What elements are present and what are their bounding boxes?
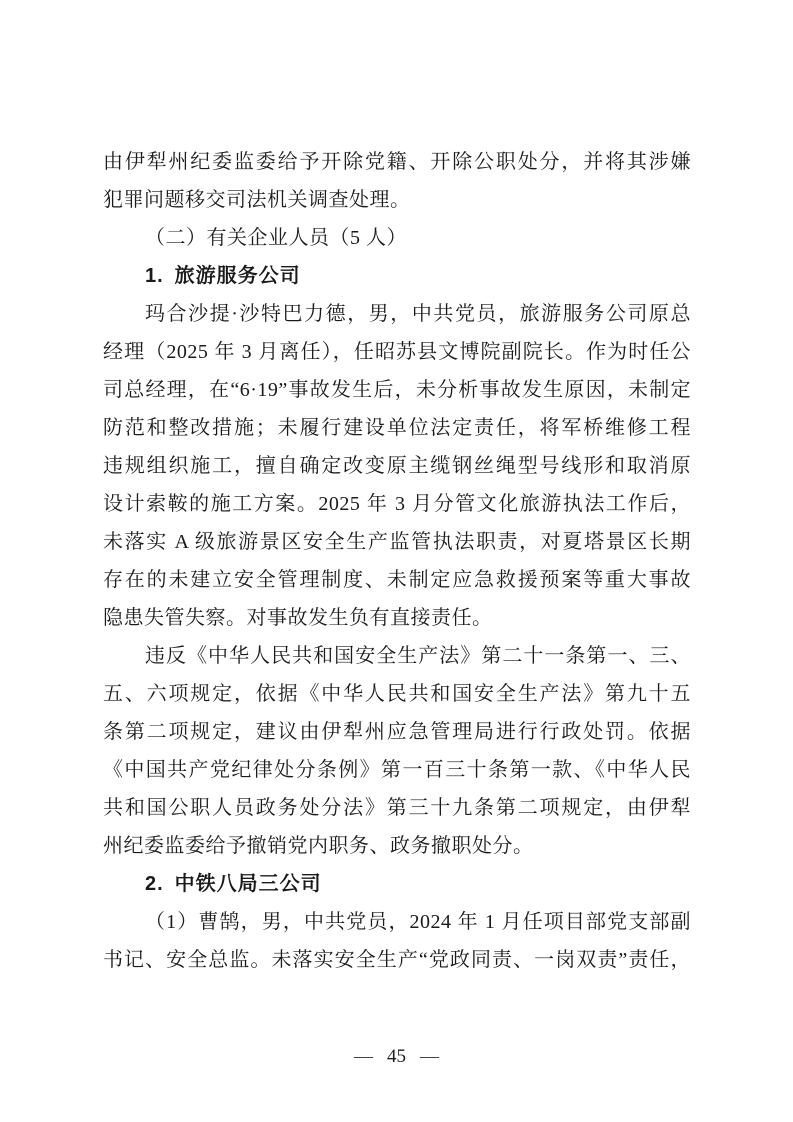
text-line: 《中国共产党纪律处分条例》第一百三十条第一款、《中华人民 [103, 751, 691, 789]
paragraph: 由伊犁州纪委监委给予开除党籍、开除公职处分，并将其涉嫌犯罪问题移交司法机关调查处… [103, 143, 691, 219]
text-line: 防范和整改措施；未履行建设单位法定责任，将军桥维修工程 [103, 409, 691, 447]
paragraph: 玛合沙提·沙特巴力德，男，中共党员，旅游服务公司原总经理（2025 年 3 月离… [103, 295, 691, 637]
text-line: 设计索鞍的施工方案。2025 年 3 月分管文化旅游执法工作后， [103, 485, 691, 523]
document-page: 由伊犁州纪委监委给予开除党籍、开除公职处分，并将其涉嫌犯罪问题移交司法机关调查处… [0, 0, 793, 1122]
text-line: 违反《中华人民共和国安全生产法》第二十一条第一、三、 [103, 637, 691, 675]
text-line: 共和国公职人员政务处分法》第三十九条第二项规定，由伊犁 [103, 789, 691, 827]
page-footer: —45— [0, 1044, 793, 1070]
paragraph: （1）曹鹄，男，中共党员，2024 年 1 月任项目部党支部副书记、安全总监。未… [103, 903, 691, 979]
text-line: 1. 旅游服务公司 [103, 257, 691, 295]
text-line: 书记、安全总监。未落实安全生产“党政同责、一岗双责”责任， [103, 941, 691, 979]
text-line: 州纪委监委给予撤销党内职务、政务撤职处分。 [103, 827, 691, 865]
text-line: 司总经理，在“6·19”事故发生后，未分析事故发生原因，未制定 [103, 371, 691, 409]
text-line: 玛合沙提·沙特巴力德，男，中共党员，旅游服务公司原总 [103, 295, 691, 333]
footer-dash-left: — [354, 1046, 373, 1067]
text-line: 犯罪问题移交司法机关调查处理。 [103, 181, 691, 219]
text-line: 2. 中铁八局三公司 [103, 865, 691, 903]
text-line: 存在的未建立安全管理制度、未制定应急救援预案等重大事故 [103, 561, 691, 599]
text-line: 五、六项规定，依据《中华人民共和国安全生产法》第九十五 [103, 675, 691, 713]
text-line: 未落实 A 级旅游景区安全生产监管执法职责，对夏塔景区长期 [103, 523, 691, 561]
paragraph: 违反《中华人民共和国安全生产法》第二十一条第一、三、五、六项规定，依据《中华人民… [103, 637, 691, 865]
section-heading: 1. 旅游服务公司 [103, 257, 691, 295]
paragraph: （二）有关企业人员（5 人） [103, 219, 691, 257]
page-number: 45 [387, 1046, 406, 1067]
text-line: 由伊犁州纪委监委给予开除党籍、开除公职处分，并将其涉嫌 [103, 143, 691, 181]
section-heading: 2. 中铁八局三公司 [103, 865, 691, 903]
text-line: 违规组织施工，擅自确定改变原主缆钢丝绳型号线形和取消原 [103, 447, 691, 485]
footer-dash-right: — [420, 1046, 439, 1067]
text-line: 隐患失管失察。对事故发生负有直接责任。 [103, 599, 691, 637]
text-line: 经理（2025 年 3 月离任），任昭苏县文博院副院长。作为时任公 [103, 333, 691, 371]
document-body: 由伊犁州纪委监委给予开除党籍、开除公职处分，并将其涉嫌犯罪问题移交司法机关调查处… [103, 143, 691, 979]
text-line: （二）有关企业人员（5 人） [103, 219, 691, 257]
text-line: 条第二项规定，建议由伊犁州应急管理局进行行政处罚。依据 [103, 713, 691, 751]
text-line: （1）曹鹄，男，中共党员，2024 年 1 月任项目部党支部副 [103, 903, 691, 941]
